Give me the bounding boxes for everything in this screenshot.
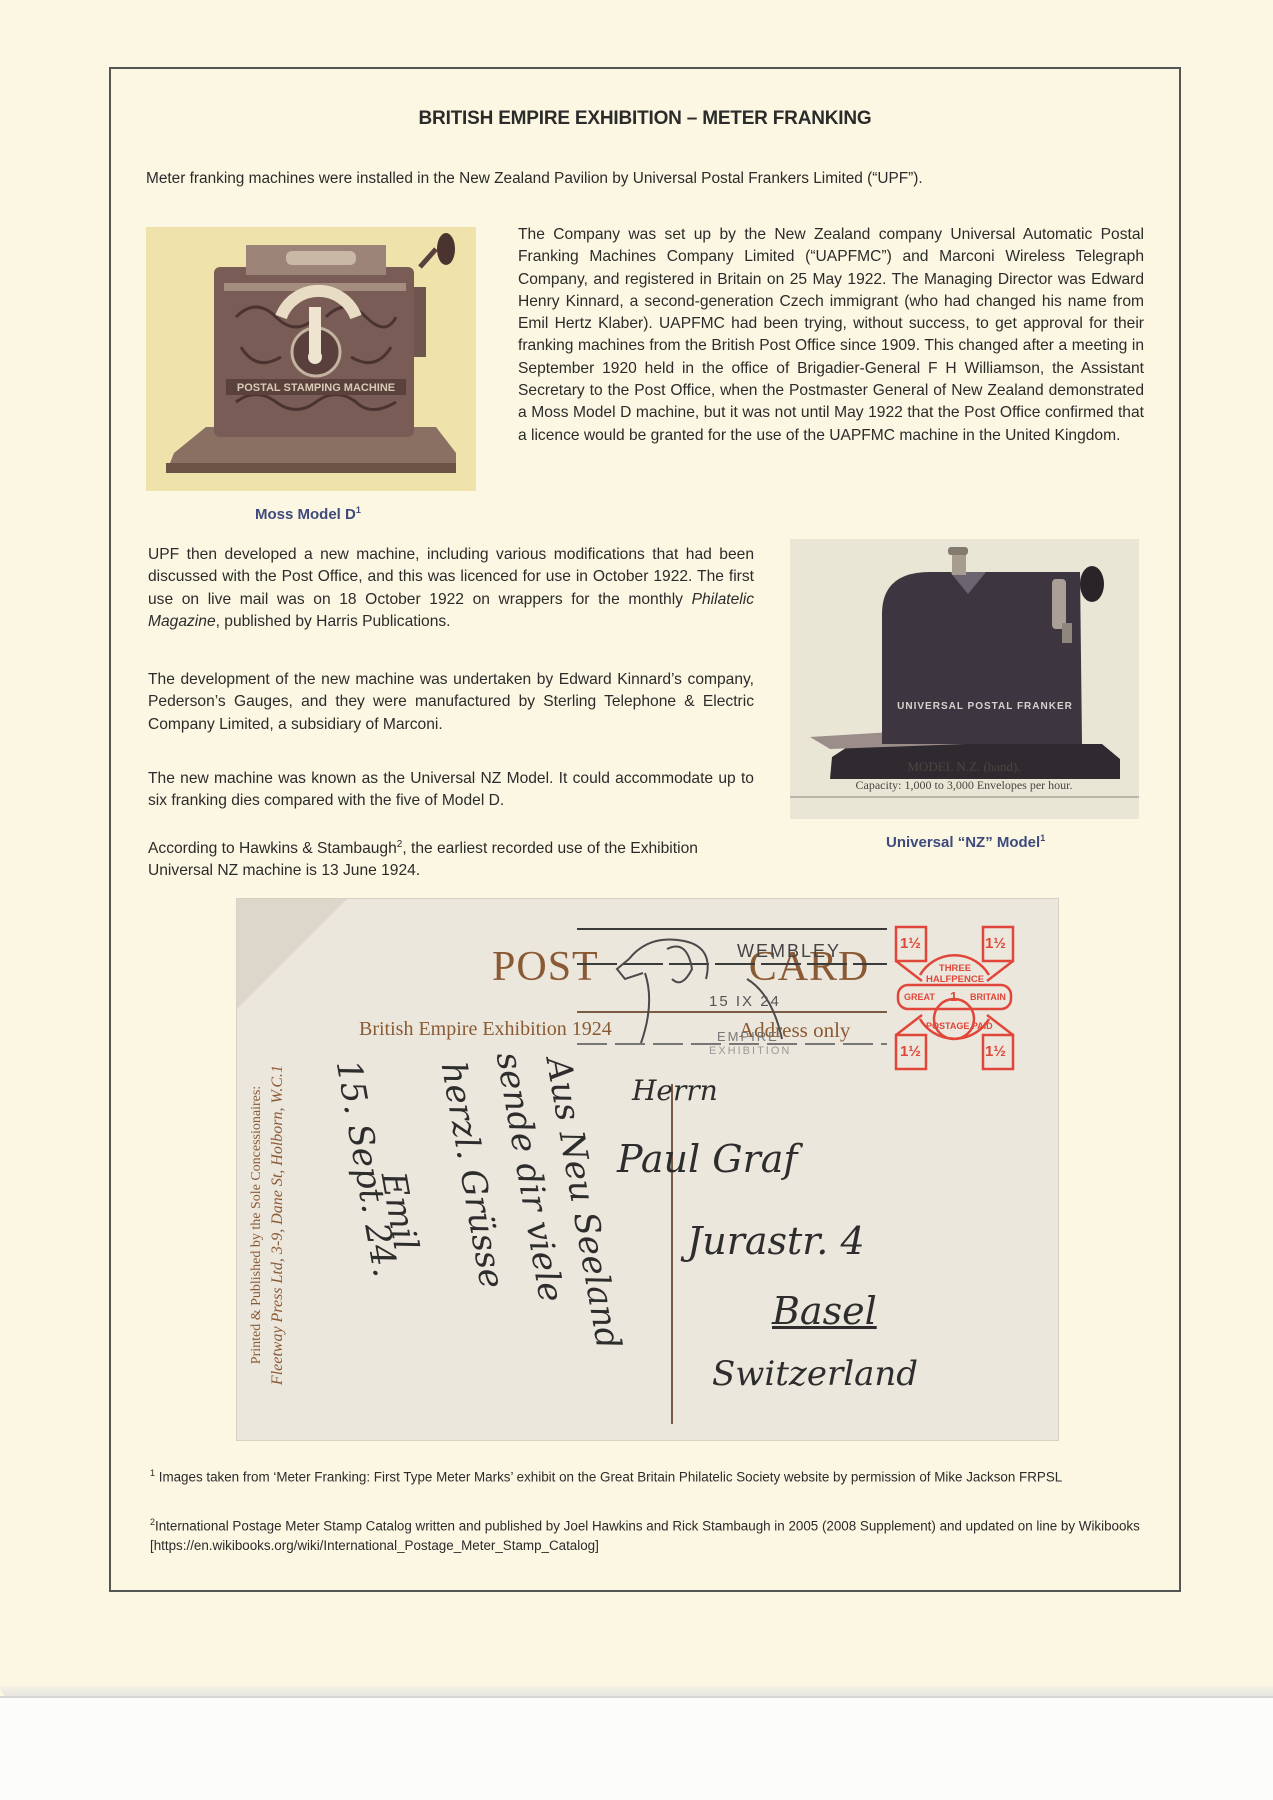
postcard-image: POSTCARD British Empire Exhibition 1924 … bbox=[237, 899, 1058, 1440]
moss-model-d-image: POSTAL STAMPING MACHINE bbox=[146, 227, 476, 491]
earliest-use-paragraph: According to Hawkins & Stambaugh2, the e… bbox=[148, 834, 754, 883]
message-line: 15. Sept. 24. bbox=[328, 1057, 405, 1280]
nz-model-paragraph: The new machine was known as the Univers… bbox=[148, 768, 754, 813]
address-line: Switzerland bbox=[712, 1354, 918, 1394]
meter-franking-stamp: 1½ 1½ 1½ 1½ THREE HALFPENCE GREAT 1 BRIT… bbox=[892, 923, 1017, 1073]
wembley-postmark: WEMBLEY 15 IX 24 EMPIRE EXHIBITION bbox=[567, 919, 887, 1059]
moss-model-d-caption: Moss Model D1 bbox=[255, 505, 361, 523]
footnote-2: 2International Postage Meter Stamp Catal… bbox=[150, 1512, 1150, 1556]
address-line: Basel bbox=[772, 1289, 877, 1333]
universal-nz-model-caption: Universal “NZ” Model1 bbox=[886, 833, 1045, 851]
address-line: Herrn bbox=[632, 1074, 718, 1107]
development-paragraph: The development of the new machine was u… bbox=[148, 669, 754, 736]
svg-text:POSTAL STAMPING MACHINE: POSTAL STAMPING MACHINE bbox=[237, 382, 395, 394]
footnote-1: 1 Images taken from ‘Meter Franking: Fir… bbox=[150, 1463, 1150, 1487]
upf-paragraph: UPF then developed a new machine, includ… bbox=[148, 544, 754, 633]
postcard-corner-mount bbox=[237, 899, 347, 1009]
universal-nz-model-image: UNIVERSAL POSTAL FRANKER MODEL N.Z. (han… bbox=[790, 539, 1139, 819]
intro-text: Meter franking machines were installed i… bbox=[146, 170, 1156, 188]
address-line: Jurastr. 4 bbox=[687, 1219, 865, 1263]
svg-text:UNIVERSAL POSTAL FRANKER: UNIVERSAL POSTAL FRANKER bbox=[897, 701, 1073, 712]
svg-text:MODEL N.Z. (hand).: MODEL N.Z. (hand). bbox=[907, 759, 1020, 774]
scanner-background bbox=[0, 1696, 1273, 1800]
postcard-divider-line bbox=[671, 1084, 673, 1424]
svg-text:Capacity: 1,000 to 3,000 Envel: Capacity: 1,000 to 3,000 Envelopes per h… bbox=[856, 778, 1073, 792]
company-paragraph: The Company was set up by the New Zealan… bbox=[518, 224, 1144, 447]
address-line: Paul Graf bbox=[617, 1137, 797, 1181]
page-title: BRITISH EMPIRE EXHIBITION – METER FRANKI… bbox=[0, 108, 1273, 130]
printer-imprint: Printed & Published by the Sole Concessi… bbox=[246, 1045, 288, 1405]
